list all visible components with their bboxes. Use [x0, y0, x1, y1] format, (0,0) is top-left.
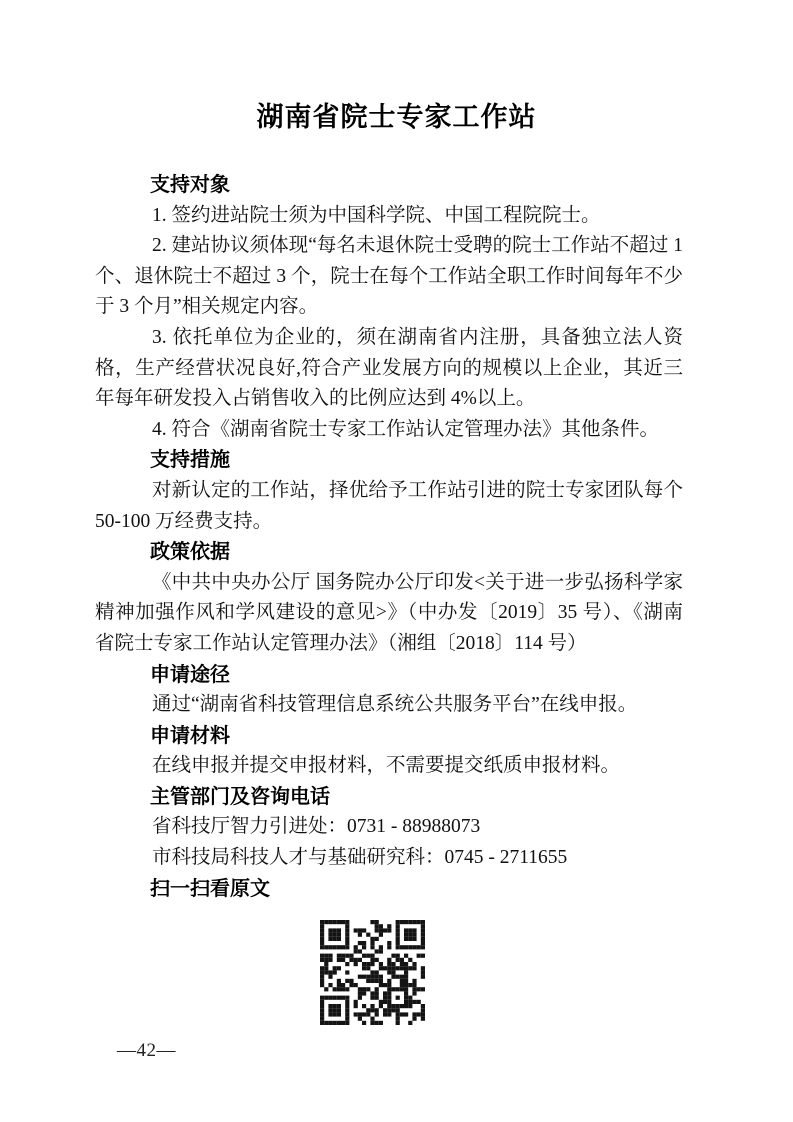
- paragraph: 通过“湖南省科技管理信息系统公共服务平台”在线申报。: [95, 690, 683, 721]
- paragraph: 2. 建站协议须体现“每名未退休院士受聘的院士工作站不超过 1 个、退休院士不超…: [95, 231, 683, 323]
- qr-code-icon: [320, 920, 425, 1025]
- section-heading-support-objects: 支持对象: [95, 170, 683, 201]
- paragraph: 4. 符合《湖南省院士专家工作站认定管理办法》其他条件。: [95, 415, 683, 446]
- contact-phone-line: 省科技厅智力引进处：0731 - 88988073: [95, 812, 683, 843]
- paragraph: 1. 签约进站院士须为中国科学院、中国工程院院士。: [95, 201, 683, 232]
- contact-phone-line: 市科技局科技人才与基础研究科：0745 - 2711655: [95, 843, 683, 874]
- section-heading-application-channel: 申请途径: [95, 660, 683, 691]
- document-page: 湖南省院士专家工作站 支持对象 1. 签约进站院士须为中国科学院、中国工程院院士…: [0, 0, 793, 1122]
- section-heading-application-materials: 申请材料: [95, 721, 683, 752]
- section-heading-department-contacts: 主管部门及咨询电话: [95, 782, 683, 813]
- section-heading-policy-basis: 政策依据: [95, 537, 683, 568]
- paragraph: 在线申报并提交申报材料，不需要提交纸质申报材料。: [95, 751, 683, 782]
- document-body: 支持对象 1. 签约进站院士须为中国科学院、中国工程院院士。 2. 建站协议须体…: [95, 170, 683, 904]
- paragraph: 《中共中央办公厅 国务院办公厅印发<关于进一步弘扬科学家精神加强作风和学风建设的…: [95, 568, 683, 660]
- section-heading-support-measures: 支持措施: [95, 445, 683, 476]
- page-title: 湖南省院士专家工作站: [0, 100, 793, 135]
- paragraph: 3. 依托单位为企业的，须在湖南省内注册，具备独立法人资格，生产经营状况良好,符…: [95, 323, 683, 415]
- page-number: —42—: [117, 1040, 176, 1062]
- paragraph: 对新认定的工作站，择优给予工作站引进的院士专家团队每个 50-100 万经费支持…: [95, 476, 683, 537]
- section-heading-scan-original: 扫一扫看原文: [95, 874, 683, 905]
